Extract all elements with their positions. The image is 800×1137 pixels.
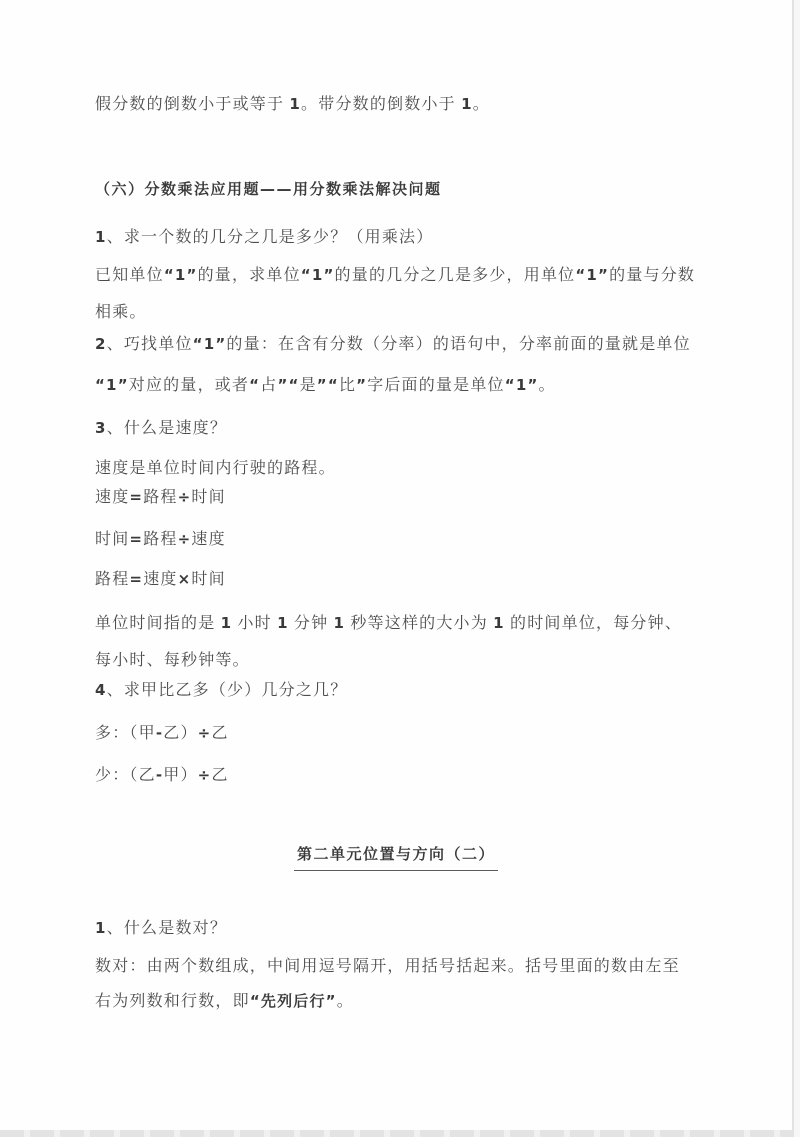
unit-heading: 第二单元位置与方向（二） [0, 843, 792, 871]
text-line: 4、求甲比乙多（少）几分之几？ [95, 679, 347, 702]
page-right-gutter [794, 0, 800, 1137]
formula-distance: 路程=速度×时间 [95, 568, 226, 591]
text-line: 单位时间指的是 1 小时 1 分钟 1 秒等这样的大小为 1 的时间单位，每分钟… [95, 612, 682, 635]
text-line: 相乘。 [95, 301, 147, 324]
formula-more: 多：（甲-乙）÷乙 [95, 722, 229, 745]
document-viewport: vv99.net 假分数的倒数小于或等于 1。带分数的倒数小于 1。 （六）分数… [0, 0, 800, 1137]
formula-time: 时间=路程÷速度 [95, 528, 226, 551]
page-right-edge [792, 0, 794, 1137]
text-line: 数对：由两个数组成，中间用逗号隔开，用括号括起来。括号里面的数由左至 [95, 955, 680, 978]
text-line: 速度是单位时间内行驶的路程。 [95, 457, 336, 480]
text-line: 每小时、每秒钟等。 [95, 649, 250, 672]
text-line: 右为列数和行数，即“先列后行”。 [95, 990, 354, 1013]
section-heading-6: （六）分数乘法应用题——用分数乘法解决问题 [95, 178, 442, 201]
text-line: 3、什么是速度？ [95, 417, 227, 440]
unit-heading-text: 第二单元位置与方向（二） [294, 843, 498, 871]
text-line: “1”对应的量，或者“占”“是”“比”字后面的量是单位“1”。 [95, 374, 556, 397]
text-line: 2、巧找单位“1”的量：在含有分数（分率）的语句中，分率前面的量就是单位 [95, 333, 691, 356]
text-line: 假分数的倒数小于或等于 1。带分数的倒数小于 1。 [95, 93, 490, 116]
text-line: 1、什么是数对？ [95, 917, 227, 940]
page-bottom-separator [0, 1130, 794, 1137]
formula-speed: 速度=路程÷时间 [95, 486, 226, 509]
formula-less: 少：（乙-甲）÷乙 [95, 764, 229, 787]
text-line: 1、求一个数的几分之几是多少？（用乘法） [95, 226, 433, 249]
text-line: 已知单位“1”的量，求单位“1”的量的几分之几是多少，用单位“1”的量与分数 [95, 264, 695, 287]
